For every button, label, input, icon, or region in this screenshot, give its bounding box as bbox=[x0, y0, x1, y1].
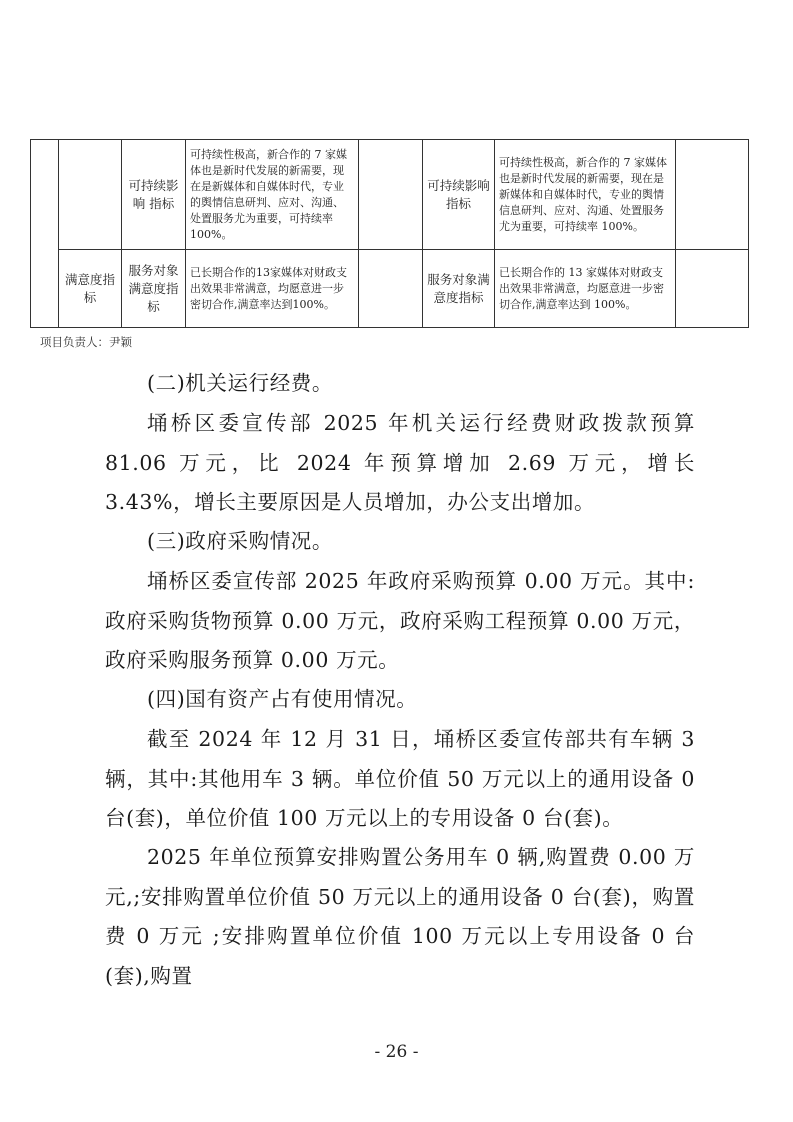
performance-indicator-table: 可持续影响 指标 可持续性极高，新合作的 7 家媒体也是新时代发展的新需要，现在… bbox=[30, 139, 749, 328]
table-cell-category bbox=[31, 140, 59, 328]
section-body: 2025 年单位预算安排购置公务用车 0 辆,购置费 0.00 万元,;安排购置… bbox=[105, 838, 695, 996]
table-row: 可持续影响 指标 可持续性极高，新合作的 7 家媒体也是新时代发展的新需要，现在… bbox=[31, 140, 749, 250]
table-cell-blank bbox=[359, 140, 423, 250]
table-cell-level2-actual: 可持续影响 指标 bbox=[423, 140, 495, 250]
section-heading: (二)机关运行经费。 bbox=[105, 364, 695, 404]
table-cell-blank bbox=[676, 140, 749, 250]
table-cell-actual: 已长期合作的 13 家媒体对财政支出效果非常满意，均愿意进一步密切合作,满意率达… bbox=[495, 250, 676, 328]
section-body: 埇桥区委宣传部 2025 年机关运行经费财政拨款预算 81.06 万元，比 20… bbox=[105, 404, 695, 523]
table-cell-level2: 可持续影响 指标 bbox=[122, 140, 186, 250]
section-body: 埇桥区委宣传部 2025 年政府采购预算 0.00 万元。其中:政府采购货物预算… bbox=[105, 562, 695, 681]
table-cell-blank bbox=[676, 250, 749, 328]
project-lead-signature: 项目负责人：尹颖 bbox=[40, 334, 132, 350]
table-cell-level1: 满意度指标 bbox=[59, 250, 122, 328]
section-heading: (三)政府采购情况。 bbox=[105, 522, 695, 562]
table-cell-actual: 可持续性极高，新合作的 7 家媒体也是新时代发展的新需要，现在是新媒体和自媒体时… bbox=[495, 140, 676, 250]
page-number: - 26 - bbox=[0, 1042, 793, 1062]
section-heading: (四)国有资产占有使用情况。 bbox=[105, 680, 695, 720]
table-row: 满意度指标 服务对象 满意度指标 已长期合作的13家媒体对财政支出效果非常满意，… bbox=[31, 250, 749, 328]
table-cell-level1 bbox=[59, 140, 122, 250]
table-cell-blank bbox=[359, 250, 423, 328]
table-cell-level2-actual: 服务对象满意度指标 bbox=[423, 250, 495, 328]
table-cell-target: 已长期合作的13家媒体对财政支出效果非常满意，均愿意进一步密切合作,满意率达到1… bbox=[186, 250, 359, 328]
table-cell-target: 可持续性极高，新合作的 7 家媒体也是新时代发展的新需要，现在是新媒体和自媒体时… bbox=[186, 140, 359, 250]
section-body: 截至 2024 年 12 月 31 日，埇桥区委宣传部共有车辆 3 辆，其中:其… bbox=[105, 720, 695, 839]
table-cell-level2: 服务对象 满意度指标 bbox=[122, 250, 186, 328]
